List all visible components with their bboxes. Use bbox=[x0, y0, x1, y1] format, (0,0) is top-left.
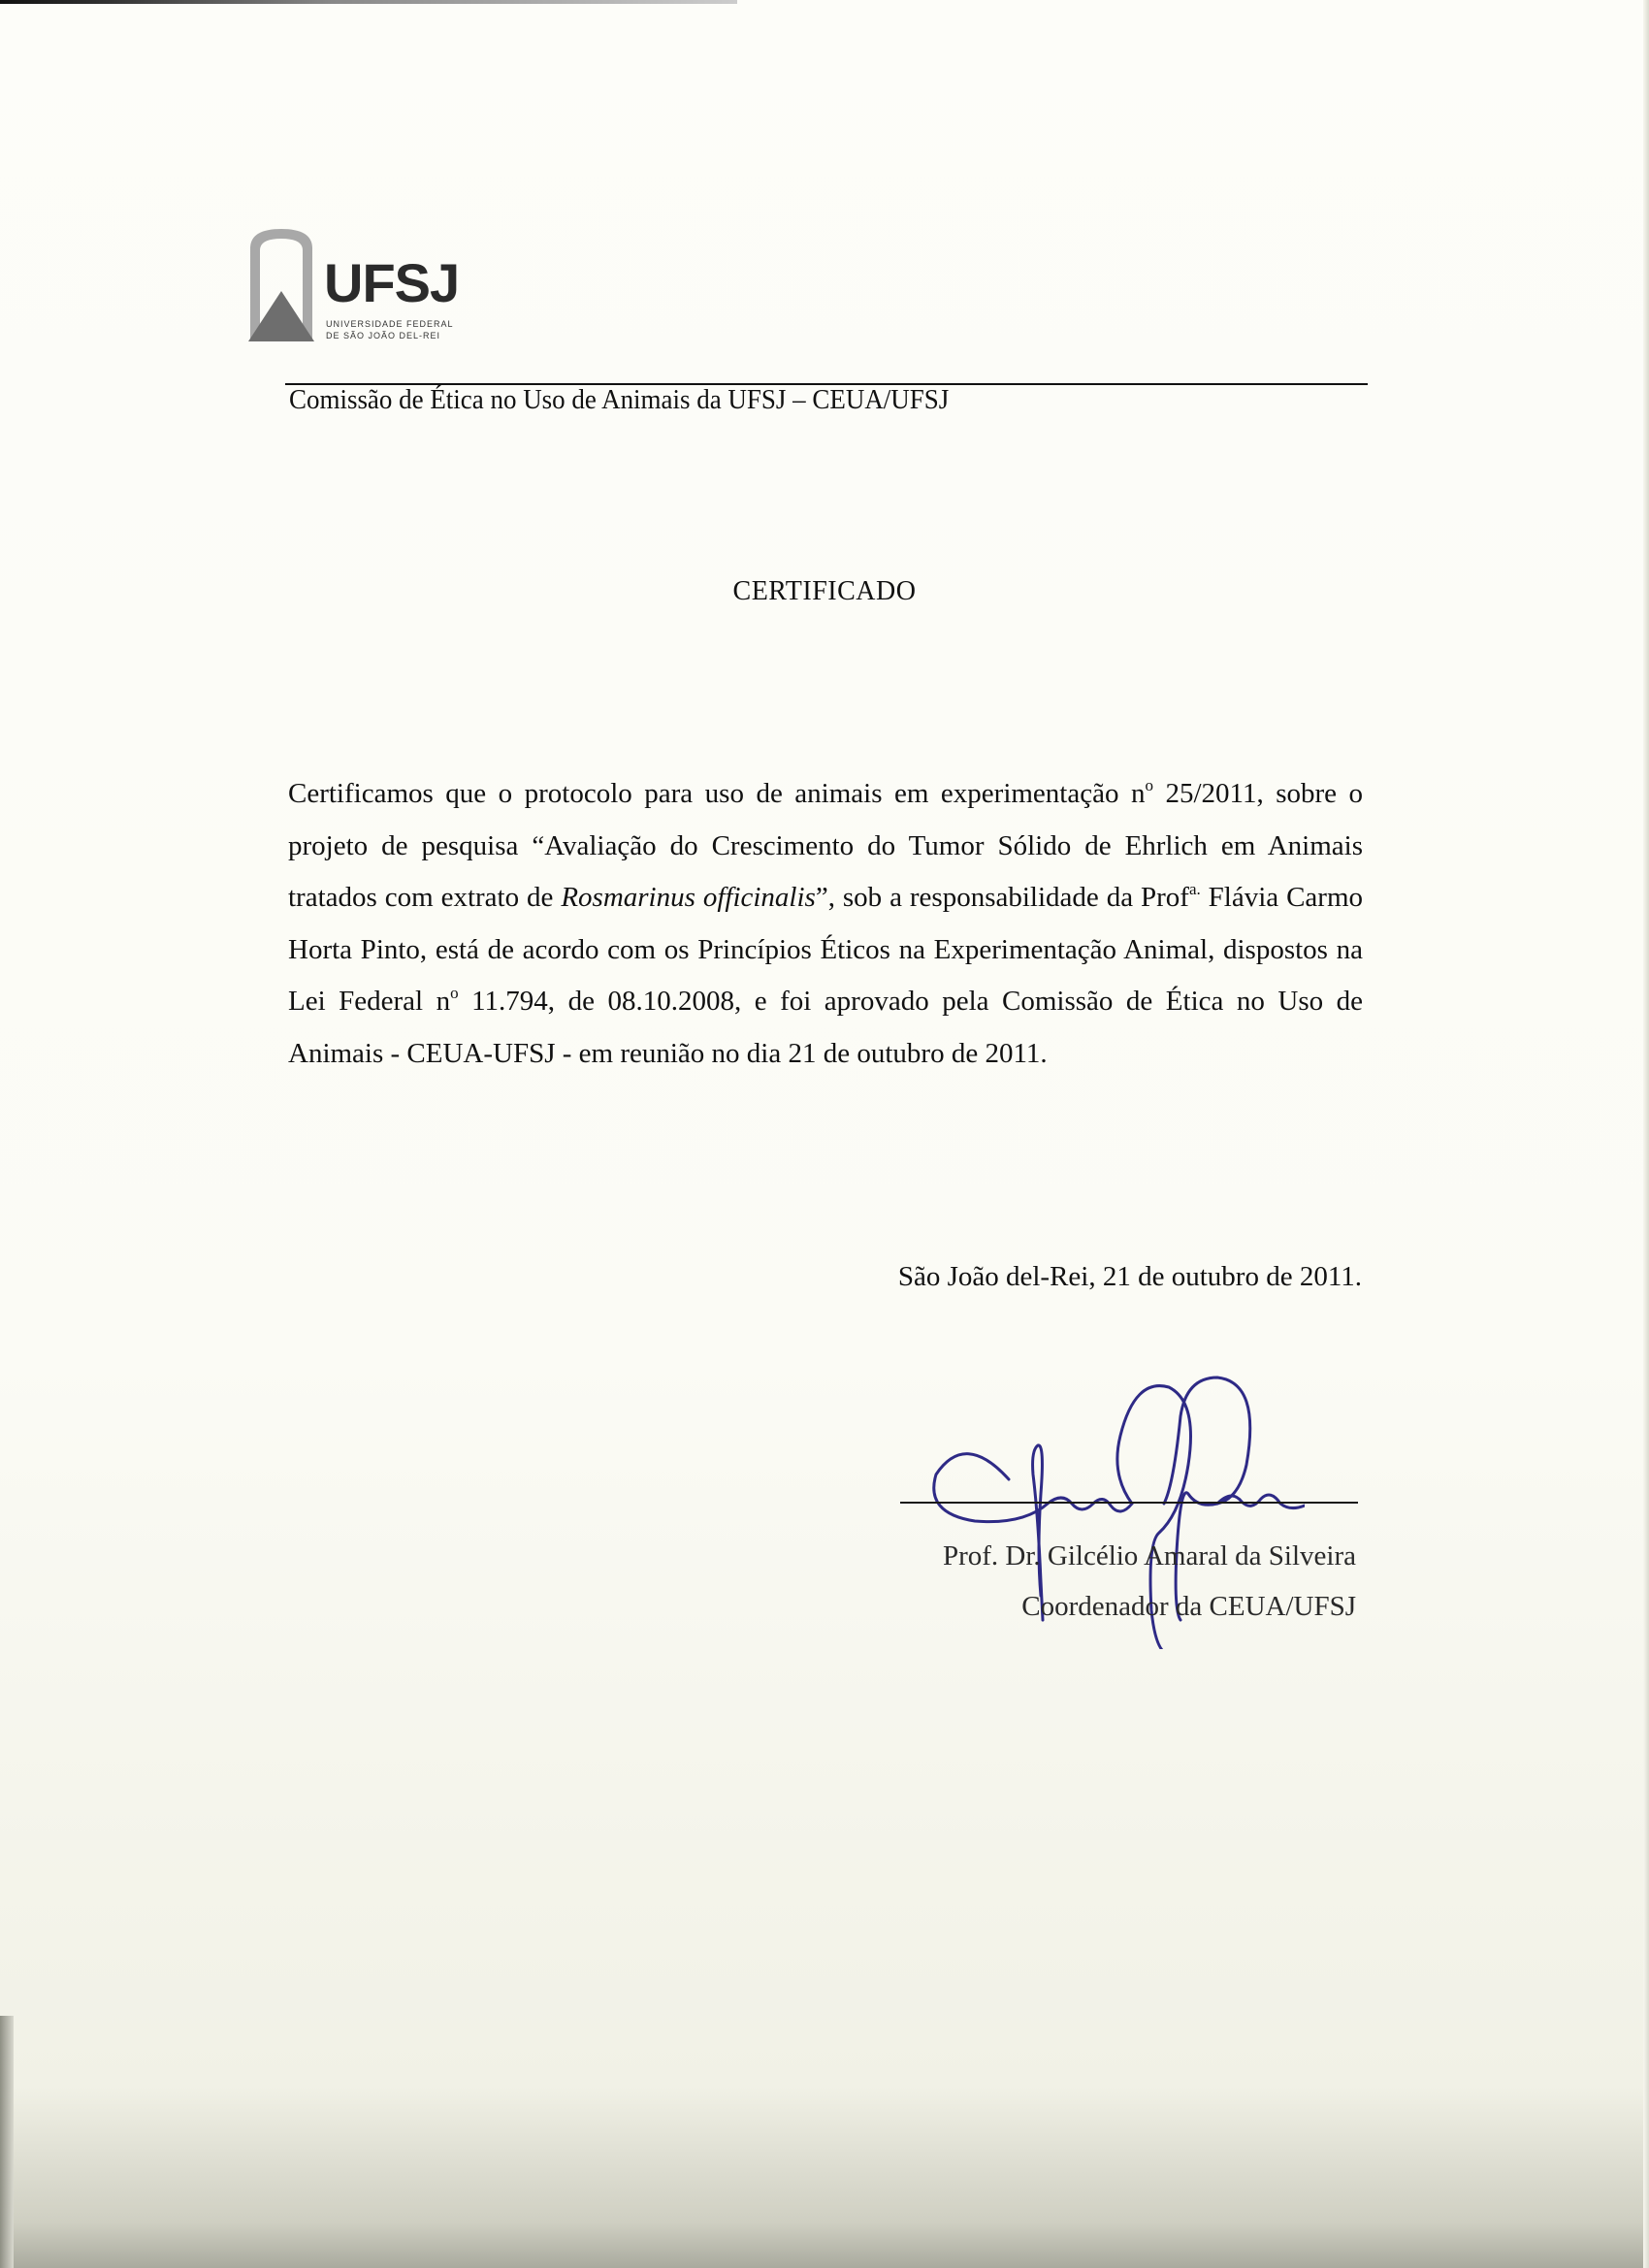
logo-subtitle: UNIVERSIDADE FEDERAL bbox=[326, 320, 454, 329]
scan-edge-shadow bbox=[0, 2016, 14, 2268]
superscript: o bbox=[1145, 776, 1153, 794]
signature-line bbox=[900, 1502, 1358, 1504]
ufsj-logo: UFSJ UNIVERSIDADE FEDERAL DE SÃO JOÃO DE… bbox=[246, 227, 469, 343]
certificate-body: Certificamos que o protocolo para uso de… bbox=[288, 768, 1363, 1080]
place-and-date: São João del-Rei, 21 de outubro de 2011. bbox=[898, 1261, 1362, 1293]
body-text: Certificamos que o protocolo para uso de… bbox=[288, 778, 1145, 809]
scanned-page: UFSJ UNIVERSIDADE FEDERAL DE SÃO JOÃO DE… bbox=[0, 0, 1649, 2268]
arch-triangle-icon bbox=[246, 227, 324, 343]
committee-header: Comissão de Ética no Uso de Animais da U… bbox=[289, 384, 949, 416]
signer-name: Prof. Dr. Gilcélio Amaral da Silveira bbox=[943, 1540, 1356, 1572]
document-title: CERTIFICADO bbox=[0, 576, 1649, 607]
scan-edge-shadow bbox=[0, 0, 737, 4]
scan-edge-shadow bbox=[1643, 0, 1649, 2268]
logo-wordmark: UFSJ bbox=[324, 256, 459, 310]
body-text: ”, sob a responsabilidade da Prof bbox=[816, 882, 1189, 913]
signer-role: Coordenador da CEUA/UFSJ bbox=[1021, 1591, 1356, 1623]
superscript: a. bbox=[1189, 880, 1201, 898]
species-name: Rosmarinus officinalis bbox=[561, 882, 816, 913]
logo-subtitle: DE SÃO JOÃO DEL-REI bbox=[326, 332, 440, 340]
superscript: o bbox=[450, 984, 459, 1002]
